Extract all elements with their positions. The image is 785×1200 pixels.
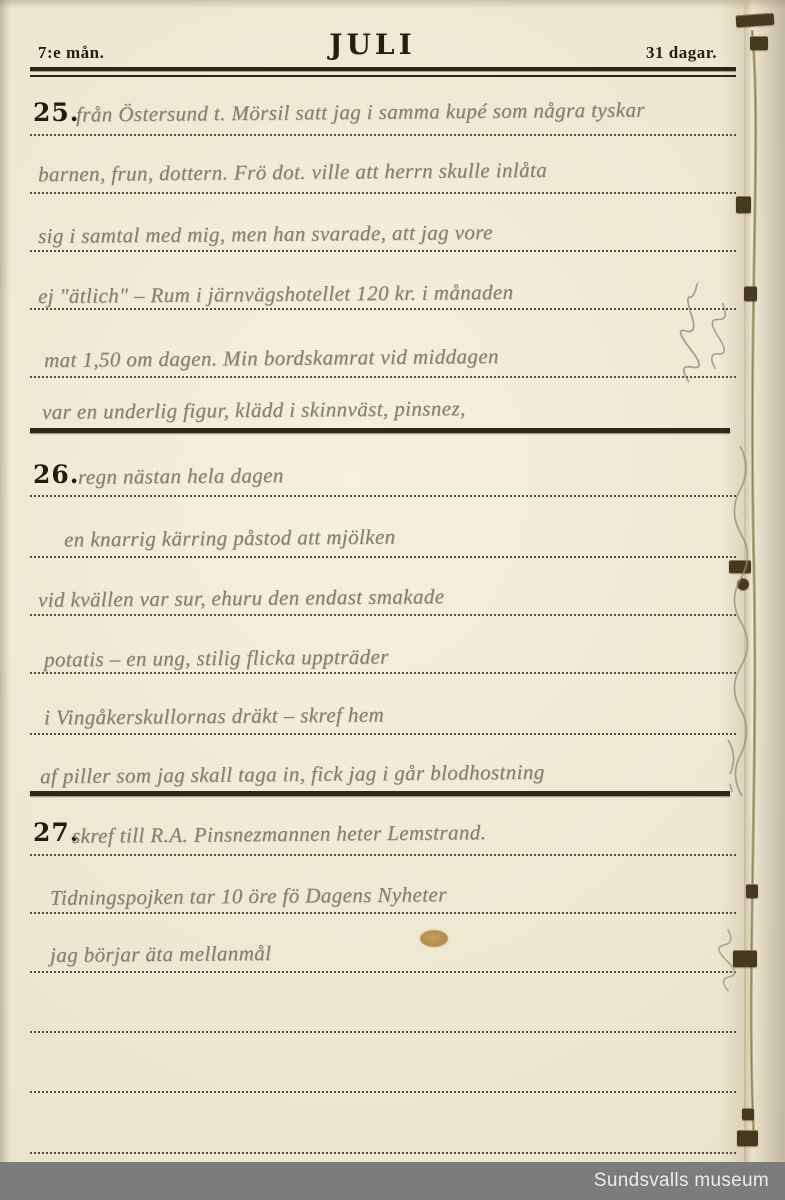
ruled-dotted-line: [30, 495, 736, 497]
ruled-dotted-line: [30, 1031, 736, 1033]
ruled-dotted-line: [30, 1152, 736, 1154]
staple: [736, 196, 751, 213]
ruled-dotted-line: [30, 1091, 736, 1093]
diary-line: af piller som jag skall taga in, fick ja…: [40, 760, 545, 789]
ruled-dotted-line: [30, 250, 736, 252]
ruled-dotted-line: [30, 556, 736, 558]
staple: [737, 1130, 758, 1146]
ruled-dotted-line: [30, 614, 736, 616]
diary-line: från Östersund t. Mörsil satt jag i samm…: [76, 98, 645, 128]
page-stain: [420, 930, 448, 947]
ruled-dotted-line: [30, 912, 736, 914]
header-day-count: 31 dagar.: [646, 43, 717, 63]
diary-line: regn nästan hela dagen: [78, 463, 284, 490]
ruled-dotted-line: [30, 192, 736, 194]
staple: [733, 950, 757, 967]
ruled-dotted-line: [30, 854, 736, 856]
ruled-dotted-line: [30, 672, 736, 674]
diary-line: vid kvällen var sur, ehuru den endast sm…: [38, 584, 445, 613]
diary-line: jag börjar äta mellanmål: [50, 941, 272, 968]
staple: [736, 13, 775, 28]
diary-line: Tidningspojken tar 10 öre fö Dagens Nyhe…: [50, 882, 447, 910]
day-separator-rule: [30, 791, 730, 796]
staple: [744, 286, 757, 301]
diary-line: sig i samtal med mig, men han svarade, a…: [38, 220, 493, 249]
marginal-handwriting-scribble: [716, 440, 760, 800]
diary-line: var en underlig figur, klädd i skinnväst…: [42, 396, 466, 425]
staple: [729, 560, 751, 573]
ruled-dotted-line: [30, 134, 736, 136]
diary-line: skref till R.A. Pinsnezmannen heter Lems…: [72, 820, 486, 849]
diary-line: potatis – en ung, stilig flicka uppträde…: [44, 644, 389, 672]
ruled-dotted-line: [30, 376, 736, 378]
staple: [750, 36, 768, 50]
header-rule-thick: [30, 67, 736, 71]
marginal-handwriting-scribble: [646, 209, 785, 397]
diary-line: i Vingåkerskullornas dräkt – skref hem: [44, 703, 384, 731]
footer-credit-bar: Sundsvalls museum: [0, 1162, 785, 1200]
ruled-dotted-line: [30, 308, 736, 310]
staple: [742, 1108, 754, 1120]
binding-thread: [728, 10, 778, 1165]
ruled-dotted-line: [30, 971, 736, 973]
diary-line: ej "ätlich" – Rum i järnvägshotellet 120…: [38, 280, 514, 309]
day-number-26: 26.: [33, 460, 80, 489]
day-separator-rule: [30, 428, 730, 433]
staple: [746, 884, 758, 898]
header-month-name: JULI: [0, 28, 745, 61]
header-rule-thin: [30, 75, 736, 77]
day-number-25: 25.: [33, 98, 80, 127]
diary-line: barnen, frun, dottern. Frö dot. ville at…: [38, 158, 547, 187]
diary-line: en knarrig kärring påstod att mjölken: [64, 525, 396, 553]
ruled-dotted-line: [30, 733, 736, 735]
diary-page-scan: 7:e mån. JULI 31 dagar. 25. från Östersu…: [0, 0, 785, 1200]
museum-credit: Sundsvalls museum: [594, 1170, 769, 1192]
diary-line: mat 1,50 om dagen. Min bordskamrat vid m…: [44, 344, 499, 373]
staple: [737, 578, 749, 590]
